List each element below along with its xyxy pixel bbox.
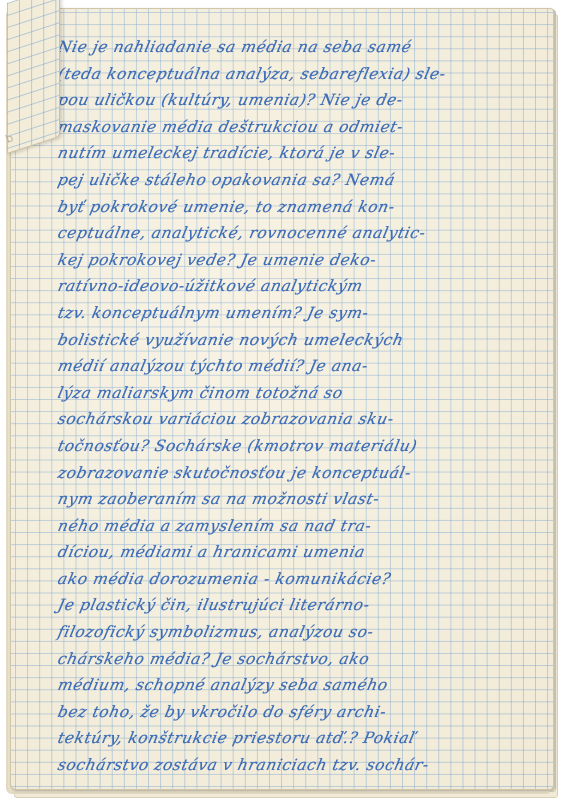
text-line: bolistické využívanie nových umeleckých [55, 327, 541, 354]
text-line: byť pokrokové umenie, to znamená kon- [55, 194, 541, 221]
text-line: nym zaoberaním sa na možnosti vlast- [55, 486, 541, 513]
text-line: zobrazovanie skutočnosťou je konceptuál- [55, 460, 541, 487]
text-line: lýza maliarskym činom totožná so [55, 380, 541, 407]
text-line: tektúry, konštrukcie priestoru atď.? Pok… [55, 725, 541, 752]
text-line: Je plastický čin, ilustrujúci literárno- [55, 592, 541, 619]
text-line: chárskeho média? Je sochárstvo, ako [55, 646, 541, 673]
text-line: díciou, médiami a hranicami umenia [55, 539, 541, 566]
text-line: ceptuálne, analytické, rovnocenné analyt… [55, 220, 541, 247]
text-line: ného média a zamyslením sa nad tra- [55, 513, 541, 540]
text-line: pou uličkou (kultúry, umenia)? Nie je de… [55, 87, 541, 114]
text-line: točnosťou? Sochárske (kmotrov materiálu) [55, 433, 541, 460]
handwritten-text: Nie je nahliadanie sa média na seba samé… [58, 34, 538, 779]
text-line: nutím umeleckej tradície, ktorá je v sle… [55, 140, 541, 167]
text-line: médií analýzou týchto médií? Je ana- [55, 353, 541, 380]
folded-corner [7, 0, 60, 154]
text-line: sochárskou variáciou zobrazovania sku- [55, 406, 541, 433]
text-line: ako média dorozumenia - komunikácie? [55, 566, 541, 593]
text-line: bez toho, že by vkročilo do sféry archi- [55, 699, 541, 726]
text-line: pej uličke stáleho opakovania sa? Nemá [55, 167, 541, 194]
text-line: filozofický symbolizmus, analýzou so- [55, 619, 541, 646]
text-line: ratívno-ideovo-úžitkové analytickým [55, 273, 541, 300]
text-line: sochárstvo zostáva v hraniciach tzv. soc… [55, 752, 541, 779]
text-line: maskovanie média deštrukciou a odmiet- [55, 114, 541, 141]
text-line: Nie je nahliadanie sa média na seba samé [55, 34, 541, 61]
text-line: (teda konceptuálna analýza, sebareflexia… [55, 61, 541, 88]
text-line: tzv. konceptuálnym umením? Je sym- [55, 300, 541, 327]
text-line: médium, schopné analýzy seba samého [55, 672, 541, 699]
text-line: kej pokrokovej vede? Je umenie deko- [55, 247, 541, 274]
